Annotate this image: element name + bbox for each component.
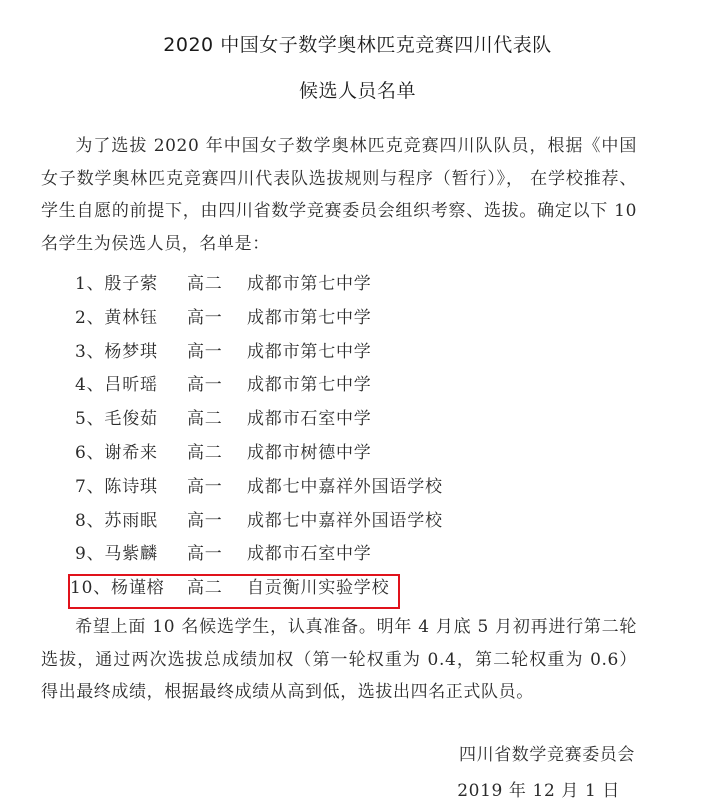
candidate-school: 成都市第七中学 xyxy=(247,369,372,403)
candidate-name: 8、苏雨眠 xyxy=(75,505,158,539)
candidate-school: 成都市石室中学 xyxy=(247,403,372,437)
candidate-grade: 高一 xyxy=(187,471,223,505)
candidate-school: 成都市第七中学 xyxy=(247,302,372,336)
candidate-school: 成都市第七中学 xyxy=(247,268,372,302)
candidate-name: 9、马紫麟 xyxy=(75,538,158,572)
candidate-school: 成都七中嘉祥外国语学校 xyxy=(247,505,443,539)
candidate-grade: 高二 xyxy=(187,403,223,437)
candidate-school: 成都七中嘉祥外国语学校 xyxy=(247,471,443,505)
document-title: 2020 中国女子数学奥林匹克竞赛四川代表队 xyxy=(0,30,715,57)
candidate-grade: 高二 xyxy=(187,268,223,302)
candidate-name: 5、毛俊茹 xyxy=(75,403,158,437)
candidate-grade: 高一 xyxy=(187,336,223,370)
candidate-name: 7、陈诗琪 xyxy=(75,471,158,505)
candidate-grade: 高一 xyxy=(187,369,223,403)
candidate-grade: 高一 xyxy=(187,302,223,336)
intro-text: 为了选拔 2020 年中国女子数学奥林匹克竞赛四川队队员，根据《中国女子数学奥林… xyxy=(41,136,637,254)
candidate-grade: 高一 xyxy=(187,538,223,572)
document-subtitle: 候选人员名单 xyxy=(0,76,715,103)
candidate-name: 1、殷子萦 xyxy=(75,268,158,302)
candidate-name: 2、黄林钰 xyxy=(75,302,158,336)
candidate-school: 成都市石室中学 xyxy=(247,538,372,572)
intro-paragraph: 为了选拔 2020 年中国女子数学奥林匹克竞赛四川队队员，根据《中国女子数学奥林… xyxy=(41,130,637,260)
closing-text: 希望上面 10 名候选学生，认真准备。明年 4 月底 5 月初再进行第二轮选拔，… xyxy=(41,617,637,702)
candidate-name: 6、谢希来 xyxy=(75,437,158,471)
candidate-school: 成都市树德中学 xyxy=(247,437,372,471)
signature-date: 2019 年 12 月 1 日 xyxy=(457,776,620,801)
signature-organization: 四川省数学竞赛委员会 xyxy=(459,740,635,765)
candidate-name: 3、杨梦琪 xyxy=(75,336,158,370)
candidate-grade: 高二 xyxy=(187,437,223,471)
candidate-school: 成都市第七中学 xyxy=(247,336,372,370)
candidate-grade: 高一 xyxy=(187,505,223,539)
highlight-box xyxy=(68,574,400,609)
candidate-name: 4、吕昕瑶 xyxy=(75,369,158,403)
closing-paragraph: 希望上面 10 名候选学生，认真准备。明年 4 月底 5 月初再进行第二轮选拔，… xyxy=(41,611,637,709)
